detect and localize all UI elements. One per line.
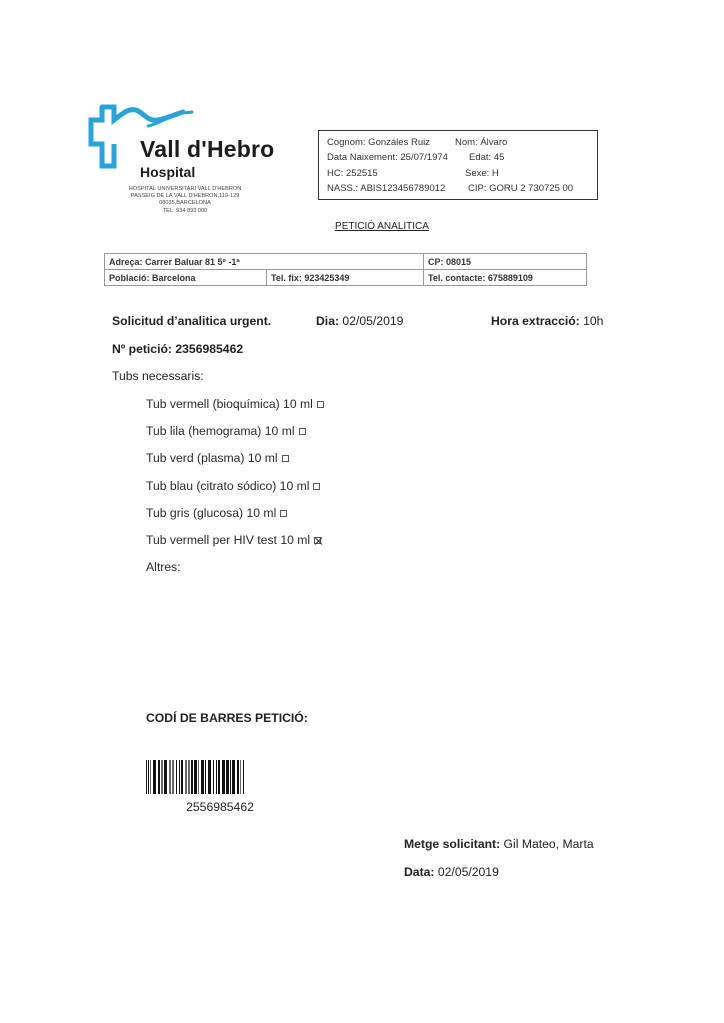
signature-date-value: 02/05/2019 [434, 865, 498, 879]
checkbox-icon[interactable] [313, 483, 320, 490]
request-number: Nº petició: 2356985462 [112, 342, 243, 356]
tubes-heading: Tubs necessaris: [112, 369, 204, 383]
signature-date-label: Data: [404, 865, 434, 879]
hospital-address-line: HOSPITAL UNIVERSITARI VALL D'HEBRON [115, 186, 255, 193]
postcode-cell: CP: 08015 [424, 254, 587, 270]
table-row: Població: Barcelona Tel. fix: 923425349 … [105, 270, 587, 286]
tube-label: Tub vermell per HIV test 10 ml [146, 533, 310, 547]
barcode-icon [145, 760, 283, 794]
tube-item: Tub vermell (bioquímica) 10 ml [146, 397, 324, 411]
barcode-number: 2556985462 [145, 800, 295, 814]
address-table: Adreça: Carrer Baluar 81 5º -1ª CP: 0801… [104, 253, 587, 286]
extraction-time-value: 10h [580, 314, 604, 328]
tube-label: Tub lila (hemograma) 10 ml [146, 424, 295, 438]
city-cell: Població: Barcelona [105, 270, 267, 286]
patient-nass: NASS.: ABIS123456789012 [327, 183, 445, 194]
requesting-doctor: Metge solicitant: Gil Mateo, Marta [404, 837, 594, 851]
landline-cell: Tel. fix: 923425349 [267, 270, 424, 286]
document-title: PETICIÓ ANALITICA [0, 221, 724, 232]
extraction-time-label: Hora extracció: [491, 314, 580, 328]
extraction-time: Hora extracció: 10h [491, 314, 603, 328]
checked-checkbox-icon[interactable] [314, 537, 321, 544]
tube-item: Tub lila (hemograma) 10 ml [146, 424, 306, 438]
request-day: Dia: 02/05/2019 [316, 314, 403, 328]
barcode-heading: CODÍ DE BARRES PETICIÓ: [146, 711, 308, 725]
tube-item: Tub verd (plasma) 10 ml [146, 451, 289, 465]
others-label: Altres: [146, 560, 181, 574]
checkbox-icon[interactable] [317, 401, 324, 408]
hospital-logo: Vall d'Hebro Hospital HOSPITAL UNIVERSIT… [88, 104, 288, 222]
tube-label: Tub blau (citrato sódico) 10 ml [146, 479, 309, 493]
patient-name: Nom: Álvaro [455, 135, 507, 150]
hospital-address-line: TEL: 934 893 000 [115, 208, 255, 215]
tube-label: Tub verd (plasma) 10 ml [146, 451, 278, 465]
patient-surname: Cognom: Gonzáles Ruiz [327, 137, 430, 148]
patient-sex: Sexe: H [465, 166, 499, 181]
tube-label: Tub gris (glucosa) 10 ml [146, 506, 276, 520]
hospital-address: HOSPITAL UNIVERSITARI VALL D'HEBRON PASS… [115, 186, 255, 215]
request-type: Solicitud d’analitica urgent. [112, 314, 271, 328]
hospital-address-line: 08035,BARCELONA [115, 200, 255, 207]
logo-title: Vall d'Hebro [140, 136, 274, 163]
patient-hc: HC: 252515 [327, 168, 378, 179]
hospital-address-line: PASSEIG DE LA VALL D'HEBRON,119-129 [115, 193, 255, 200]
request-day-value: 02/05/2019 [339, 314, 403, 328]
contact-phone-cell: Tel. contacte: 675889109 [424, 270, 587, 286]
tube-label: Tub vermell (bioquímica) 10 ml [146, 397, 313, 411]
table-row: Adreça: Carrer Baluar 81 5º -1ª CP: 0801… [105, 254, 587, 270]
checkbox-icon[interactable] [282, 455, 289, 462]
checkbox-icon[interactable] [299, 428, 306, 435]
patient-birth-date: Data Naixement: 25/07/1974 [327, 152, 448, 163]
tube-item: Tub gris (glucosa) 10 ml [146, 506, 287, 520]
signature-date: Data: 02/05/2019 [404, 865, 499, 879]
logo-subtitle: Hospital [140, 164, 195, 180]
requesting-doctor-value: Gil Mateo, Marta [500, 837, 593, 851]
tube-item: Tub vermell per HIV test 10 ml [146, 533, 321, 547]
patient-cip: CIP: GORU 2 730725 00 [468, 181, 573, 196]
patient-age: Edat: 45 [469, 150, 504, 165]
checkbox-icon[interactable] [280, 510, 287, 517]
request-day-label: Dia: [316, 314, 339, 328]
tube-item: Tub blau (citrato sódico) 10 ml [146, 479, 320, 493]
requesting-doctor-label: Metge solicitant: [404, 837, 500, 851]
address-cell: Adreça: Carrer Baluar 81 5º -1ª [105, 254, 424, 270]
patient-info-box: Cognom: Gonzáles Ruiz Nom: Álvaro Data N… [318, 130, 598, 200]
